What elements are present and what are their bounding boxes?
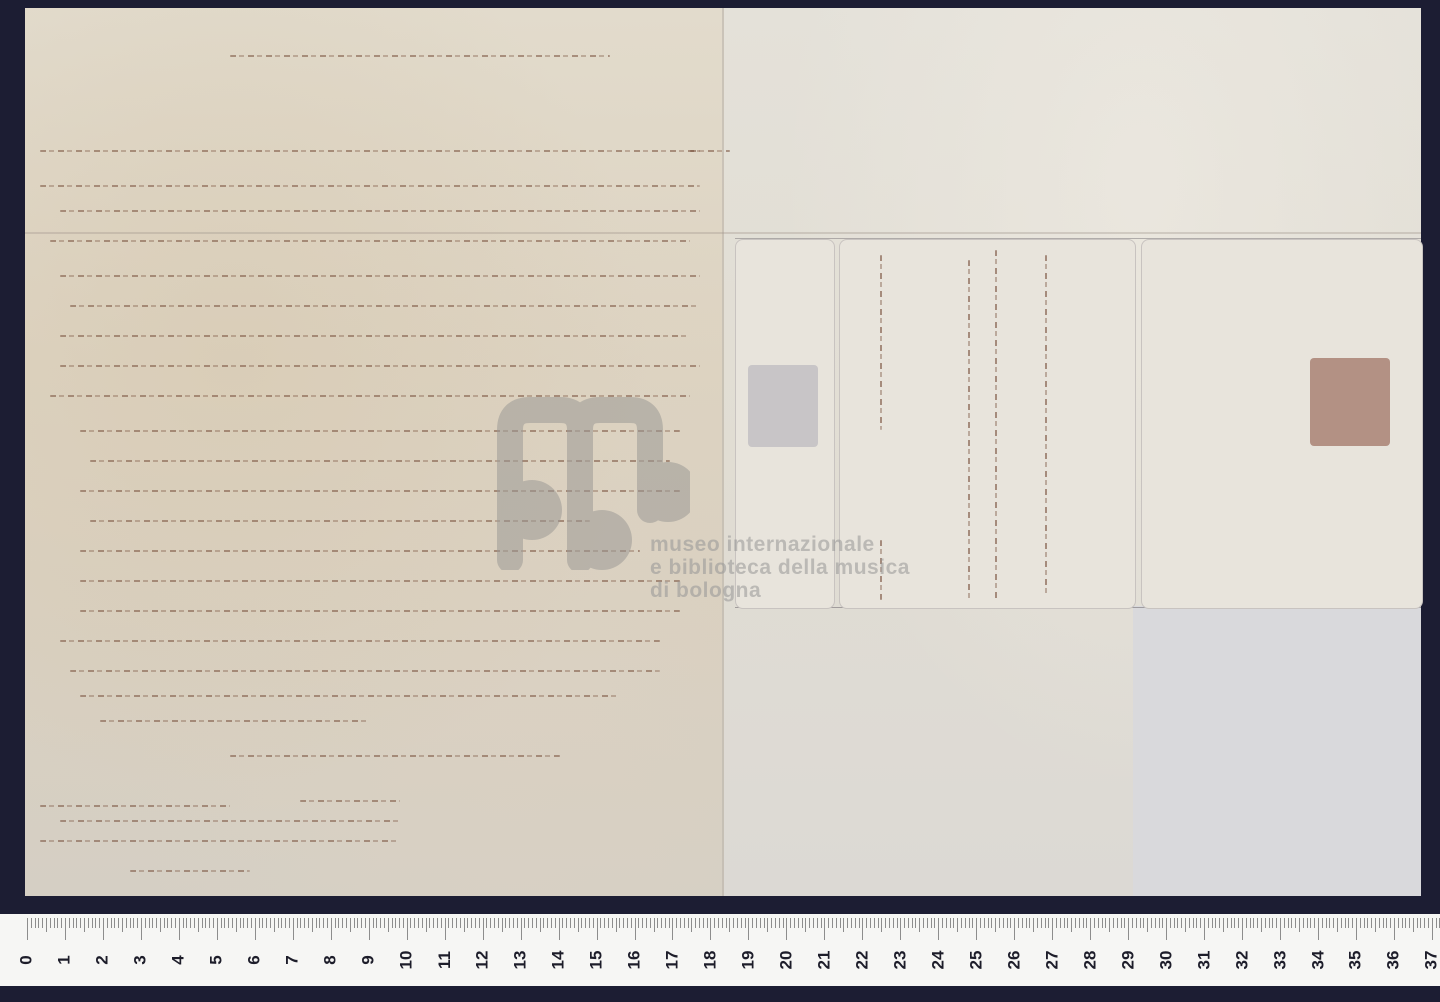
ruler-tick [171, 918, 172, 928]
ruler-label: 22 [852, 940, 872, 980]
ruler-tick [1083, 918, 1084, 928]
ruler-tick [813, 918, 814, 928]
ruler-tick [35, 918, 36, 928]
ruler-tick [707, 918, 708, 928]
ruler-label: 0 [17, 940, 37, 980]
ruler-tick [441, 918, 442, 928]
ruler-label: 17 [662, 940, 682, 980]
ruler-tick [285, 918, 286, 928]
ruler-tick [1181, 918, 1182, 928]
ruler-tick [365, 918, 366, 928]
ruler-tick [745, 918, 746, 928]
ruler-tick [764, 918, 765, 928]
ruler-tick [805, 918, 806, 932]
ruler-tick [1128, 918, 1129, 940]
lower-flap [1133, 606, 1421, 896]
ruler-tick [1102, 918, 1103, 928]
ruler-tick [354, 918, 355, 928]
ruler-tick [217, 918, 218, 940]
ruler-tick [847, 918, 848, 928]
ruler-tick [103, 918, 104, 940]
ruler-label: 26 [1004, 940, 1024, 980]
ruler-tick [1246, 918, 1247, 928]
ruler-tick [946, 918, 947, 928]
ruler-tick [1048, 918, 1049, 928]
ruler-tick [1219, 918, 1220, 928]
ruler-tick [369, 918, 370, 940]
ruler-tick [1026, 918, 1027, 928]
ruler-tick [1367, 918, 1368, 928]
ruler-tick [893, 918, 894, 928]
ruler-tick [490, 918, 491, 928]
ruler-tick [604, 918, 605, 928]
ruler-tick [1136, 918, 1137, 928]
ruler-tick [593, 918, 594, 928]
ruler-tick [190, 918, 191, 928]
ruler-tick [471, 918, 472, 928]
ruler-tick [809, 918, 810, 928]
ruler-tick [31, 918, 32, 928]
ruler-tick [278, 918, 279, 928]
ruler-tick [1383, 918, 1384, 928]
ruler-tick [1208, 918, 1209, 928]
ruler-tick [183, 918, 184, 928]
ruler-tick [1364, 918, 1365, 928]
ink-line [130, 870, 250, 872]
letter-sheet [25, 8, 1421, 896]
ruler-tick [1090, 918, 1091, 940]
ruler-tick [80, 918, 81, 928]
ruler-tick [323, 918, 324, 928]
ruler-tick [1212, 918, 1213, 928]
ruler-tick [984, 918, 985, 928]
ruler-tick [737, 918, 738, 928]
ruler-tick [1067, 918, 1068, 928]
ruler-tick [198, 918, 199, 932]
ruler-tick [126, 918, 127, 928]
ruler-tick [1424, 918, 1425, 928]
ruler-tick [1333, 918, 1334, 928]
ruler-tick [1314, 918, 1315, 928]
ruler-tick [1238, 918, 1239, 928]
ruler-tick [300, 918, 301, 928]
ruler-tick [547, 918, 548, 928]
ruler-tick [1234, 918, 1235, 928]
ruler-tick [1318, 918, 1319, 940]
ruler-tick [1341, 918, 1342, 928]
ruler-tick [1265, 918, 1266, 928]
ruler-tick [376, 918, 377, 928]
ruler-tick [1257, 918, 1258, 928]
ruler-tick [164, 918, 165, 928]
ruler-tick [346, 918, 347, 928]
ruler-tick [1295, 918, 1296, 928]
ruler-tick [570, 918, 571, 928]
ruler-tick [1375, 918, 1376, 932]
ruler-tick [1204, 918, 1205, 940]
ruler-tick [1166, 918, 1167, 940]
ruler-tick [118, 918, 119, 928]
ruler-tick [464, 918, 465, 932]
ink-line [300, 800, 400, 802]
ruler-tick [608, 918, 609, 928]
address-ink-line [995, 250, 997, 600]
ruler-tick [1356, 918, 1357, 940]
ruler-label: 16 [625, 940, 645, 980]
ruler-tick [1105, 918, 1106, 928]
ruler-label: 27 [1042, 940, 1062, 980]
ruler-tick [460, 918, 461, 928]
ruler-tick [114, 918, 115, 928]
ruler-tick [912, 918, 913, 928]
ruler-tick [783, 918, 784, 928]
ruler-tick [1253, 918, 1254, 928]
ruler-tick [881, 918, 882, 932]
ruler-tick [517, 918, 518, 928]
ruler-tick [1242, 918, 1243, 940]
ruler-tick [817, 918, 818, 928]
ruler-tick [42, 918, 43, 928]
ruler-tick [1147, 918, 1148, 932]
ink-line [60, 210, 700, 212]
watermark-line-1: museo internazionale [650, 534, 875, 556]
ruler-tick [972, 918, 973, 928]
ruler-tick [1326, 918, 1327, 928]
ruler-tick [111, 918, 112, 928]
ruler-tick [995, 918, 996, 932]
ruler-tick [335, 918, 336, 928]
ruler-tick [179, 918, 180, 940]
ruler-tick [585, 918, 586, 928]
ruler-tick [646, 918, 647, 928]
ruler-tick [802, 918, 803, 928]
measurement-ruler: 0123456789101112131415161718192021222324… [0, 914, 1440, 986]
ruler-tick [657, 918, 658, 928]
ruler-tick [1174, 918, 1175, 928]
ruler-tick [1124, 918, 1125, 928]
ruler-tick [623, 918, 624, 928]
ruler-tick [1033, 918, 1034, 932]
ruler-tick [1177, 918, 1178, 928]
ruler-tick [1037, 918, 1038, 928]
ruler-tick [331, 918, 332, 940]
ruler-label: 34 [1308, 940, 1328, 980]
ruler-tick [1272, 918, 1273, 928]
ruler-tick [676, 918, 677, 928]
ruler-tick [1303, 918, 1304, 928]
ruler-tick [980, 918, 981, 928]
ruler-tick [46, 918, 47, 932]
ruler-tick [889, 918, 890, 928]
ruler-tick [790, 918, 791, 928]
ruler-tick [65, 918, 66, 940]
ruler-label: 13 [511, 940, 531, 980]
ruler-tick [1310, 918, 1311, 928]
ink-line [40, 185, 700, 187]
ruler-tick [919, 918, 920, 932]
ruler-tick [1386, 918, 1387, 928]
ruler-label: 15 [587, 940, 607, 980]
ruler-tick [760, 918, 761, 928]
ruler-tick [407, 918, 408, 940]
ruler-tick [555, 918, 556, 928]
ruler-tick [828, 918, 829, 928]
ruler-tick [524, 918, 525, 928]
ruler-tick [262, 918, 263, 928]
ruler-tick [213, 918, 214, 928]
ruler-label: 10 [397, 940, 417, 980]
ruler-tick [251, 918, 252, 928]
ruler-tick [1121, 918, 1122, 928]
ruler-tick [1022, 918, 1023, 928]
ruler-tick [1132, 918, 1133, 928]
ruler-tick [1045, 918, 1046, 928]
ruler-tick [513, 918, 514, 928]
ruler-tick [445, 918, 446, 940]
ruler-tick [756, 918, 757, 928]
ruler-tick [1052, 918, 1053, 940]
ruler-tick [957, 918, 958, 932]
ruler-tick [1003, 918, 1004, 928]
ruler-tick [631, 918, 632, 928]
ruler-label: 5 [207, 940, 227, 980]
ruler-label: 18 [700, 940, 720, 980]
ruler-tick [680, 918, 681, 928]
wax-seal [1310, 358, 1390, 446]
ruler-tick [752, 918, 753, 928]
ruler-tick [232, 918, 233, 928]
ruler-tick [931, 918, 932, 928]
ink-line [60, 335, 690, 337]
ruler-tick [422, 918, 423, 928]
ruler-tick [1345, 918, 1346, 928]
ruler-tick [1428, 918, 1429, 928]
ruler-tick [878, 918, 879, 928]
ruler-tick [718, 918, 719, 928]
ink-line [80, 580, 680, 582]
ruler-tick [714, 918, 715, 928]
ruler-tick [840, 918, 841, 928]
ruler-tick [851, 918, 852, 928]
ruler-tick [528, 918, 529, 928]
ruler-tick [870, 918, 871, 928]
ruler-tick [900, 918, 901, 940]
ruler-tick [1151, 918, 1152, 928]
ruler-tick [1284, 918, 1285, 928]
ruler-tick [205, 918, 206, 928]
ruler-tick [821, 918, 822, 928]
ruler-tick [1041, 918, 1042, 928]
ruler-label: 20 [776, 940, 796, 980]
ruler-tick [710, 918, 711, 940]
ruler-tick [991, 918, 992, 928]
ruler-tick [373, 918, 374, 928]
ruler-tick [448, 918, 449, 928]
ruler-tick [1064, 918, 1065, 928]
ruler-tick [99, 918, 100, 928]
ruler-tick [927, 918, 928, 928]
ruler-tick [771, 918, 772, 928]
ruler-tick [1269, 918, 1270, 928]
ruler-tick [392, 918, 393, 928]
ruler-tick [509, 918, 510, 928]
ruler-tick [953, 918, 954, 928]
ruler-tick [236, 918, 237, 932]
ruler-tick [1288, 918, 1289, 928]
ruler-tick [703, 918, 704, 928]
ruler-tick [1162, 918, 1163, 928]
ruler-label: 3 [131, 940, 151, 980]
ruler-tick [897, 918, 898, 928]
ruler-tick [224, 918, 225, 928]
ruler-tick [1060, 918, 1061, 928]
ruler-tick [486, 918, 487, 928]
ruler-tick [562, 918, 563, 928]
ruler-tick [1436, 918, 1437, 928]
ruler-tick [536, 918, 537, 928]
ruler-tick [1014, 918, 1015, 940]
ruler-tick [494, 918, 495, 928]
center-fold [722, 8, 724, 896]
ruler-tick [1420, 918, 1421, 928]
ruler-tick [255, 918, 256, 940]
ruler-tick [289, 918, 290, 928]
ruler-tick [293, 918, 294, 940]
ruler-tick [1200, 918, 1201, 928]
ink-line [50, 240, 690, 242]
ruler-label: 12 [473, 940, 493, 980]
ruler-tick [1109, 918, 1110, 932]
ruler-tick [836, 918, 837, 928]
ruler-tick [1170, 918, 1171, 928]
ruler-tick [312, 918, 313, 932]
ruler-tick [600, 918, 601, 928]
ruler-tick [1215, 918, 1216, 928]
ruler-tick [733, 918, 734, 928]
ruler-label: 19 [738, 940, 758, 980]
ruler-tick [145, 918, 146, 928]
ruler-tick [152, 918, 153, 928]
ruler-tick [1159, 918, 1160, 928]
ruler-tick [342, 918, 343, 928]
ruler-tick [669, 918, 670, 928]
ruler-tick [1185, 918, 1186, 932]
ruler-tick [786, 918, 787, 940]
ruler-tick [581, 918, 582, 928]
ruler-tick [1405, 918, 1406, 928]
ruler-label: 28 [1080, 940, 1100, 980]
ruler-tick [1007, 918, 1008, 928]
ruler-tick [380, 918, 381, 928]
address-ink-line [880, 255, 882, 430]
ruler-tick [319, 918, 320, 928]
ruler-tick [388, 918, 389, 932]
ruler-tick [627, 918, 628, 928]
ink-line [70, 670, 660, 672]
ruler-tick [1193, 918, 1194, 928]
ruler-tick [437, 918, 438, 928]
ruler-tick [1276, 918, 1277, 928]
ruler-tick [1250, 918, 1251, 928]
watermark-line-3: di bologna [650, 580, 761, 602]
ink-line [60, 365, 700, 367]
ruler-tick [654, 918, 655, 932]
ruler-tick [1360, 918, 1361, 928]
ruler-tick [961, 918, 962, 928]
ruler-tick [1189, 918, 1190, 928]
ruler-tick [483, 918, 484, 940]
ruler-tick [1094, 918, 1095, 928]
ruler-tick [240, 918, 241, 928]
ruler-tick [1413, 918, 1414, 932]
ruler-label: 14 [549, 940, 569, 980]
ruler-tick [384, 918, 385, 928]
ruler-tick [741, 918, 742, 928]
ruler-label: 2 [93, 940, 113, 980]
ruler-tick [688, 918, 689, 928]
ruler-tick [137, 918, 138, 928]
ruler-tick [1140, 918, 1141, 928]
ruler-tick [874, 918, 875, 928]
ruler-tick [27, 918, 28, 940]
ruler-tick [540, 918, 541, 932]
ruler-tick [722, 918, 723, 928]
ruler-tick [612, 918, 613, 928]
ruler-tick [859, 918, 860, 928]
ruler-tick [1143, 918, 1144, 928]
ruler-tick [274, 918, 275, 932]
watermark-line-2: e biblioteca della musica [650, 557, 910, 579]
ruler-label: 32 [1232, 940, 1252, 980]
ruler-tick [141, 918, 142, 940]
ruler-tick [57, 918, 58, 928]
ruler-tick [228, 918, 229, 928]
ruler-tick [695, 918, 696, 928]
ruler-tick [950, 918, 951, 928]
ruler-tick [767, 918, 768, 932]
ruler-tick [361, 918, 362, 928]
ruler-tick [479, 918, 480, 928]
ruler-tick [297, 918, 298, 928]
ruler-tick [521, 918, 522, 940]
ruler-tick [976, 918, 977, 940]
ruler-tick [498, 918, 499, 928]
ink-line [60, 820, 400, 822]
ruler-label: 31 [1194, 940, 1214, 980]
ruler-tick [107, 918, 108, 928]
ruler-tick [1348, 918, 1349, 928]
ruler-tick [1231, 918, 1232, 928]
ruler-tick [426, 918, 427, 932]
ruler-tick [186, 918, 187, 928]
ruler-tick [1329, 918, 1330, 928]
ruler-tick [999, 918, 1000, 928]
ruler-tick [475, 918, 476, 928]
ruler-tick [395, 918, 396, 928]
ruler-tick [775, 918, 776, 928]
ruler-label: 8 [321, 940, 341, 980]
ink-line [40, 150, 700, 152]
ruler-tick [418, 918, 419, 928]
ink-line [230, 55, 610, 57]
ruler-tick [243, 918, 244, 928]
ink-line [70, 305, 700, 307]
ruler-tick [403, 918, 404, 928]
ruler-tick [156, 918, 157, 928]
ruler-tick [61, 918, 62, 928]
ruler-tick [160, 918, 161, 932]
ruler-tick [1409, 918, 1410, 928]
